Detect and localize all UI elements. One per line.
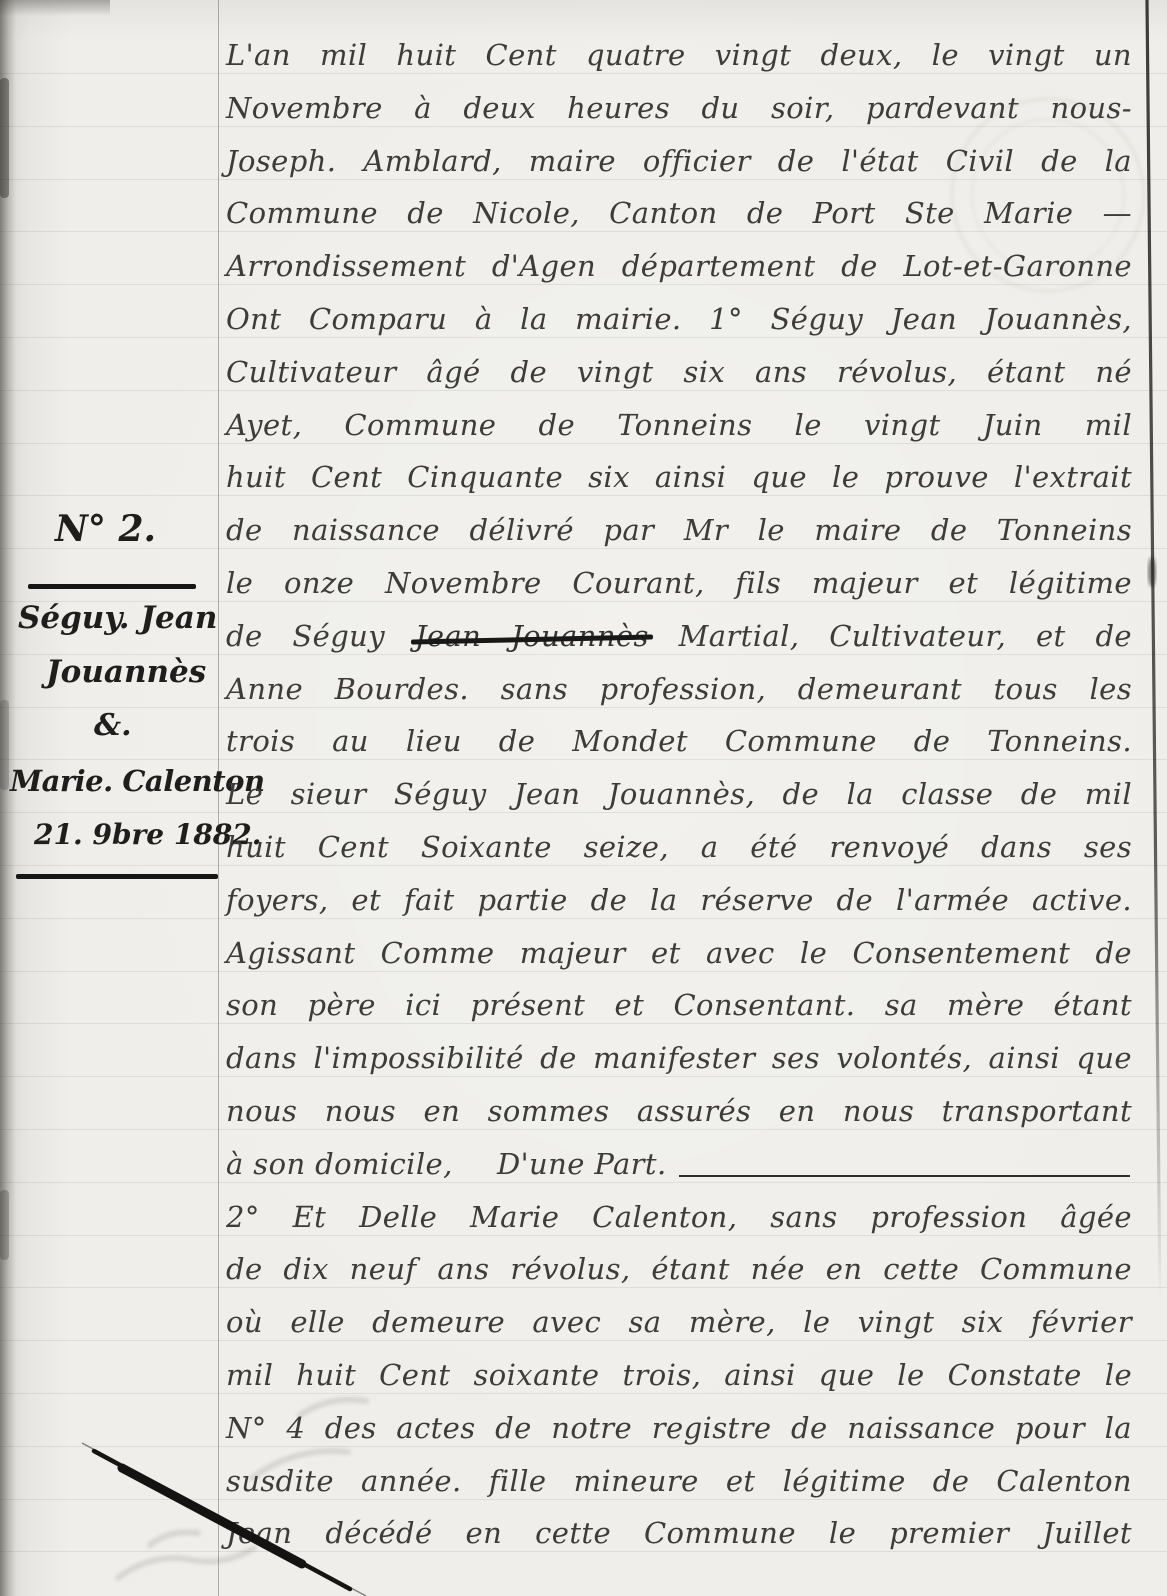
line-text: Commune de Nicole, Canton de Port Ste Ma… xyxy=(226,196,1132,230)
manuscript-line-6: Ont Comparu à la mairie. 1° Séguy Jean J… xyxy=(226,294,1132,344)
line-text: mil huit Cent soixante trois, ainsi que … xyxy=(226,1358,1132,1392)
manuscript-line-16: huit Cent Soixante seize, a été renvoyé … xyxy=(226,822,1132,872)
line-text: Le sieur Séguy Jean Jouannès, de la clas… xyxy=(226,777,1132,811)
manuscript-line-23: 2° Et Delle Marie Calenton, sans profess… xyxy=(226,1192,1132,1242)
line-text: huit Cent Cinquante six ainsi que le pro… xyxy=(226,460,1132,494)
line-text: Ont Comparu à la mairie. 1° Séguy Jean J… xyxy=(226,302,1132,336)
manuscript-line-20: dans l'impossibilité de manifester ses v… xyxy=(226,1033,1132,1083)
line-text: le onze Novembre Courant, fils majeur et… xyxy=(226,566,1132,600)
line-text: Anne Bourdes. sans profession, demeurant… xyxy=(226,672,1132,706)
manuscript-line-8: Ayet, Commune de Tonneins le vingt Juin … xyxy=(226,400,1132,450)
manuscript-line-10: de naissance délivré par Mr le maire de … xyxy=(226,505,1132,555)
manuscript-line-22: à son domicile, D'une Part. xyxy=(226,1139,1132,1189)
manuscript-line-1: L'an mil huit Cent quatre vingt deux, le… xyxy=(226,30,1132,80)
manuscript-line-25: où elle demeure avec sa mère, le vingt s… xyxy=(226,1297,1132,1347)
margin-divider-line xyxy=(218,0,219,1596)
manuscript-line-17: foyers, et fait partie de la réserve de … xyxy=(226,875,1132,925)
manuscript-line-21: nous nous en sommes assurés en nous tran… xyxy=(226,1086,1132,1136)
binding-smudge xyxy=(0,700,9,790)
manuscript-line-9: huit Cent Cinquante six ainsi que le pro… xyxy=(226,452,1132,502)
line-text: Ayet, Commune de Tonneins le vingt Juin … xyxy=(226,408,1132,442)
line-text: Novembre à deux heures du soir, pardevan… xyxy=(226,91,1132,125)
manuscript-line-13: Anne Bourdes. sans profession, demeurant… xyxy=(226,664,1132,714)
manuscript-line-12: de Séguy Jean Jouannès Martial, Cultivat… xyxy=(226,611,1132,661)
line-text: susdite année. fille mineure et légitime… xyxy=(226,1464,1132,1498)
line-text: Arrondissement d'Agen département de Lot… xyxy=(226,249,1132,283)
manuscript-line-11: le onze Novembre Courant, fils majeur et… xyxy=(226,558,1132,608)
groom-name-line2: Jouannès xyxy=(46,654,206,690)
manuscript-line-24: de dix neuf ans révolus, étant née en ce… xyxy=(226,1244,1132,1294)
manuscript-line-7: Cultivateur âgé de vingt six ans révolus… xyxy=(226,347,1132,397)
manuscript-line-3: Joseph. Amblard, maire officier de l'éta… xyxy=(226,136,1132,186)
line-text: à son domicile, D'une Part. xyxy=(226,1139,667,1189)
manuscript-line-27: N° 4 des actes de notre registre de nais… xyxy=(226,1403,1132,1453)
line-text: N° 4 des actes de notre registre de nais… xyxy=(226,1411,1132,1445)
line-text: L'an mil huit Cent quatre vingt deux, le… xyxy=(226,38,1132,72)
margin-rule-bottom xyxy=(16,874,218,879)
page-edge-line xyxy=(1147,0,1160,1300)
line-text: Agissant Comme majeur et avec le Consent… xyxy=(226,936,1132,970)
manuscript-line-4: Commune de Nicole, Canton de Port Ste Ma… xyxy=(226,188,1132,238)
line-text: huit Cent Soixante seize, a été renvoyé … xyxy=(226,830,1132,864)
line-text: de Séguy xyxy=(226,619,415,653)
line-text: Cultivateur âgé de vingt six ans révolus… xyxy=(226,355,1132,389)
line-text: Martial, Cultivateur, et de xyxy=(649,619,1132,653)
manuscript-line-29: Jean décédé en cette Commune le premier … xyxy=(226,1508,1132,1558)
manuscript-line-28: susdite année. fille mineure et légitime… xyxy=(226,1456,1132,1506)
manuscript-line-19: son père ici présent et Consentant. sa m… xyxy=(226,980,1132,1030)
manuscript-line-5: Arrondissement d'Agen département de Lot… xyxy=(226,241,1132,291)
manuscript-line-18: Agissant Comme majeur et avec le Consent… xyxy=(226,928,1132,978)
margin-ampersand: &. xyxy=(94,708,132,743)
manuscript-line-26: mil huit Cent soixante trois, ainsi que … xyxy=(226,1350,1132,1400)
line-text: Jean décédé en cette Commune le premier … xyxy=(226,1516,1132,1550)
manuscript-line-14: trois au lieu de Mondet Commune de Tonne… xyxy=(226,716,1132,766)
line-text: de naissance délivré par Mr le maire de … xyxy=(226,513,1132,547)
line-text: de dix neuf ans révolus, étant née en ce… xyxy=(226,1252,1132,1286)
line-text: foyers, et fait partie de la réserve de … xyxy=(226,883,1132,917)
groom-name-line1: Séguy. Jean xyxy=(18,600,217,636)
line-text: nous nous en sommes assurés en nous tran… xyxy=(226,1094,1132,1128)
manuscript-line-15: Le sieur Séguy Jean Jouannès, de la clas… xyxy=(226,769,1132,819)
line-text: 2° Et Delle Marie Calenton, sans profess… xyxy=(226,1200,1132,1234)
line-text: son père ici présent et Consentant. sa m… xyxy=(226,988,1132,1022)
binding-smudge xyxy=(0,1190,9,1260)
corner-smudge xyxy=(0,0,110,16)
filler-rule xyxy=(679,1175,1130,1177)
line-text: Joseph. Amblard, maire officier de l'éta… xyxy=(226,144,1132,178)
line-text: dans l'impossibilité de manifester ses v… xyxy=(226,1041,1132,1075)
line-text: trois au lieu de Mondet Commune de Tonne… xyxy=(226,724,1132,758)
scanned-register-page: N° 2. Séguy. Jean Jouannès &. Marie. Cal… xyxy=(0,0,1167,1596)
act-number: N° 2. xyxy=(55,508,156,550)
line-text: où elle demeure avec sa mère, le vingt s… xyxy=(226,1305,1132,1339)
binding-edge xyxy=(0,0,16,1596)
manuscript-line-2: Novembre à deux heures du soir, pardevan… xyxy=(226,83,1132,133)
margin-rule-top xyxy=(28,584,196,589)
struck-out-name: Jean Jouannès xyxy=(415,619,649,653)
binding-smudge xyxy=(0,78,9,198)
